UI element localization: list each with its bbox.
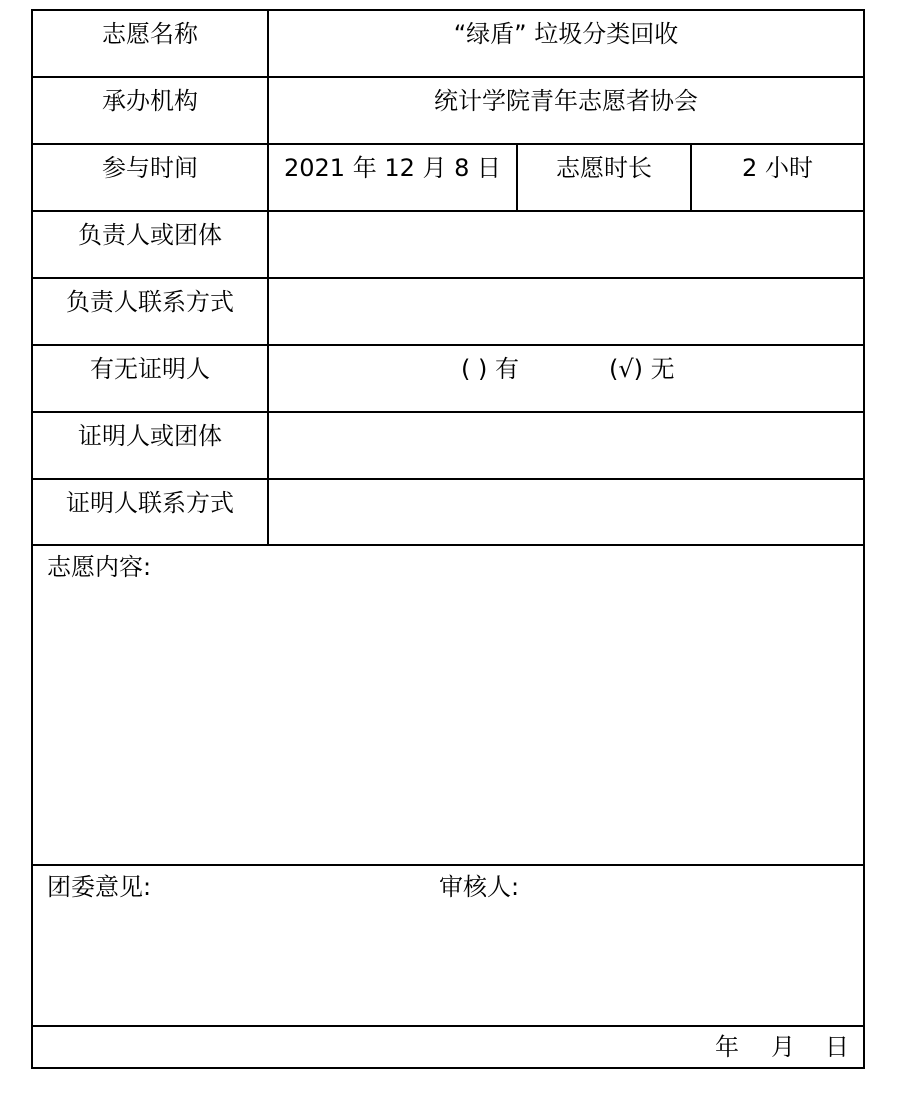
leader-field[interactable] [267, 212, 863, 277]
cell-label: 证明人联系方式 [33, 480, 267, 544]
cell-value[interactable]: “绿盾” 垃圾分类回收 [267, 11, 863, 76]
day-label: 日 [825, 1031, 849, 1063]
row-date-footer: 年 月 日 [33, 1027, 863, 1069]
cell-label: 志愿名称 [33, 11, 267, 76]
row-witness: 证明人或团体 [33, 413, 863, 480]
row-leader-contact: 负责人联系方式 [33, 279, 863, 346]
volunteer-content-label: 志愿内容: [47, 551, 863, 583]
row-witness-exists: 有无证明人 ( ) 有 (√) 无 [33, 346, 863, 413]
volunteer-record-form: 志愿名称 “绿盾” 垃圾分类回收 承办机构 统计学院青年志愿者协会 参与时间 2… [31, 9, 865, 1069]
row-participation-time: 参与时间 2021 年 12 月 8 日 志愿时长 2 小时 [33, 145, 863, 212]
activity-name-label: 志愿名称 [33, 18, 267, 50]
cell-value[interactable]: 统计学院青年志愿者协会 [267, 78, 863, 143]
row-activity-name: 志愿名称 “绿盾” 垃圾分类回收 [33, 11, 863, 78]
row-league-opinion[interactable]: 团委意见: 审核人: [33, 866, 863, 1027]
cell-duration-label: 志愿时长 [516, 145, 690, 210]
organizer-value: 统计学院青年志愿者协会 [269, 85, 863, 117]
participation-date-value: 2021 年 12 月 8 日 [269, 152, 516, 184]
reviewer-label: 审核人: [439, 871, 863, 903]
witness-exists-label: 有无证明人 [33, 353, 267, 385]
cell-label: 参与时间 [33, 145, 267, 210]
witness-field[interactable] [267, 413, 863, 478]
row-witness-contact: 证明人联系方式 [33, 480, 863, 546]
witness-exists-options: ( ) 有 (√) 无 [267, 346, 863, 411]
leader-contact-label: 负责人联系方式 [33, 286, 267, 318]
cell-duration-value[interactable]: 2 小时 [690, 145, 863, 210]
activity-name-value: “绿盾” 垃圾分类回收 [269, 18, 863, 50]
row-volunteer-content[interactable]: 志愿内容: [33, 546, 863, 866]
row-leader: 负责人或团体 [33, 212, 863, 279]
witness-label: 证明人或团体 [33, 420, 267, 452]
leader-contact-field[interactable] [267, 279, 863, 344]
duration-label: 志愿时长 [518, 152, 690, 184]
participation-time-label: 参与时间 [33, 152, 267, 184]
year-label: 年 [715, 1031, 739, 1063]
cell-label: 负责人或团体 [33, 212, 267, 277]
cell-label: 负责人联系方式 [33, 279, 267, 344]
leader-label: 负责人或团体 [33, 219, 267, 251]
cell-label: 证明人或团体 [33, 413, 267, 478]
cell-date[interactable]: 2021 年 12 月 8 日 [267, 145, 516, 210]
cell-label: 有无证明人 [33, 346, 267, 411]
row-organizer: 承办机构 统计学院青年志愿者协会 [33, 78, 863, 145]
cell-label: 承办机构 [33, 78, 267, 143]
duration-value: 2 小时 [692, 152, 863, 184]
witness-contact-field[interactable] [267, 480, 863, 544]
witness-contact-label: 证明人联系方式 [33, 487, 267, 519]
option-no[interactable]: (√) 无 [609, 353, 863, 385]
organizer-label: 承办机构 [33, 85, 267, 117]
month-label: 月 [771, 1031, 795, 1063]
